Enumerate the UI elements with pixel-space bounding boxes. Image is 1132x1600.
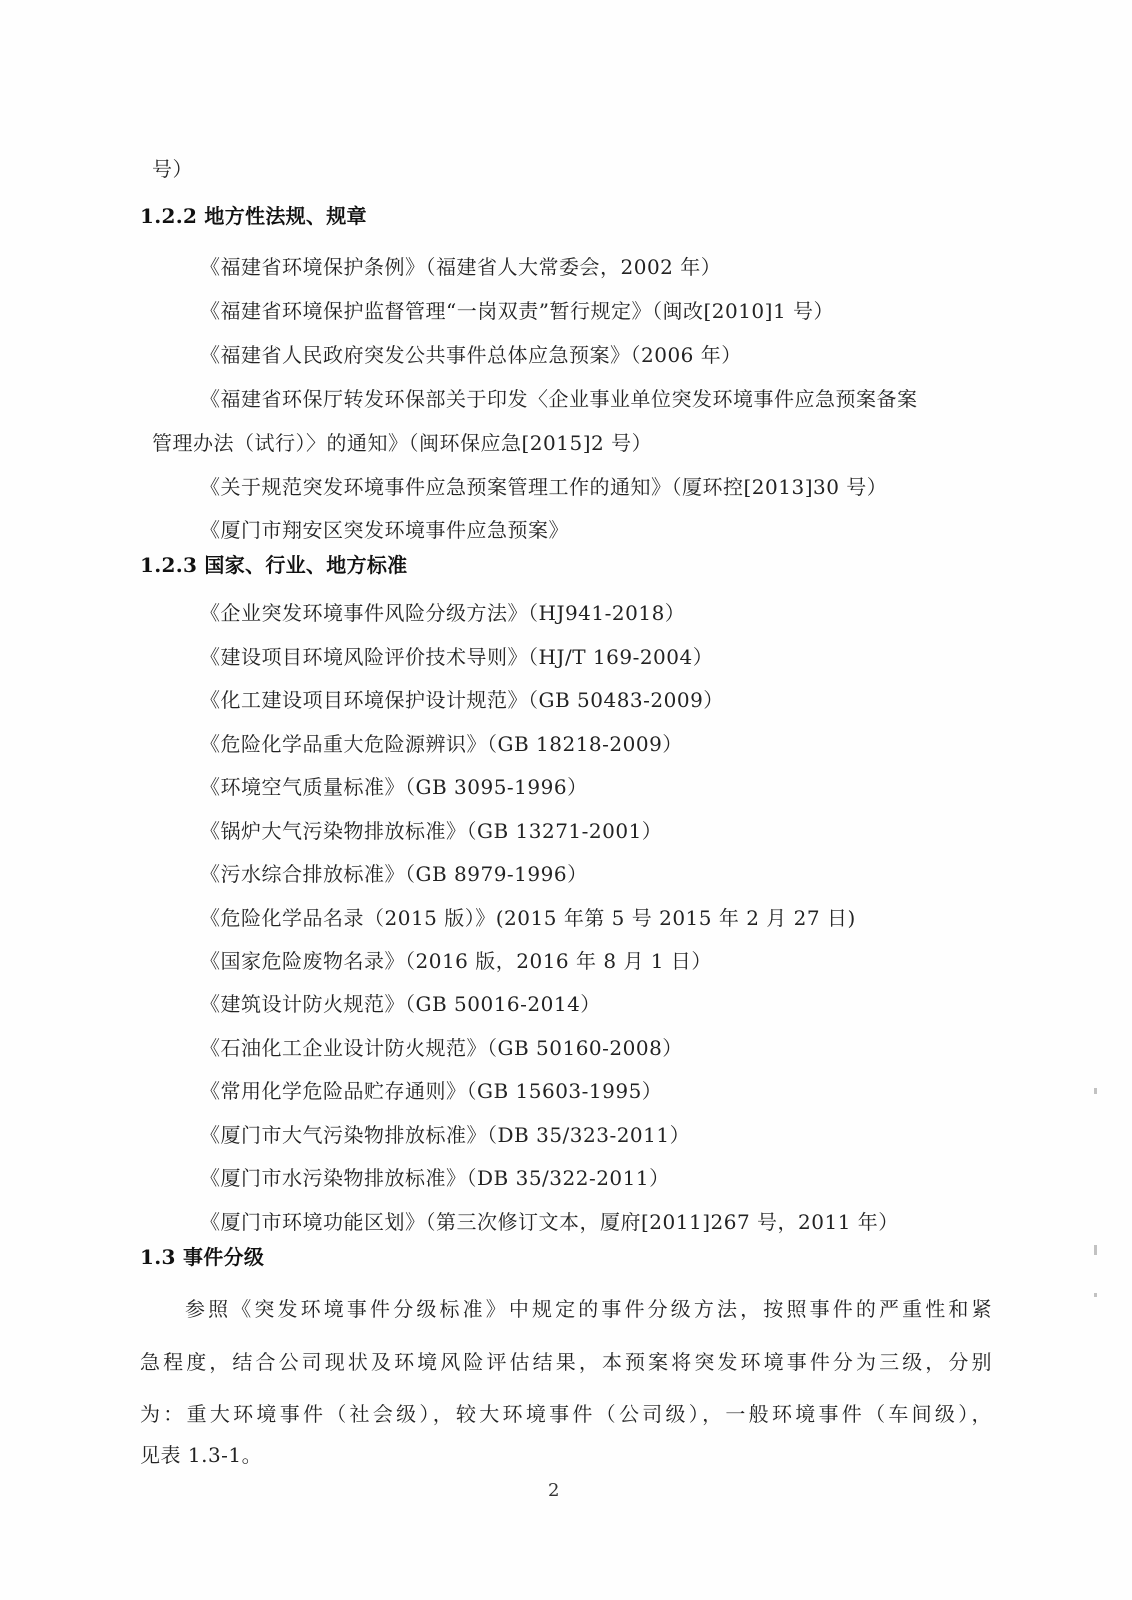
standard-item: 《危险化学品名录（2015 版）》(2015 年第 5 号 2015 年 2 月… <box>200 904 856 932</box>
paragraph-line: 为：重大环境事件（社会级），较大环境事件（公司级），一般环境事件（车间级）， <box>140 1400 992 1428</box>
standard-item: 《环境空气质量标准》（GB 3095-1996） <box>200 773 588 801</box>
paragraph-line: 见表 1.3-1。 <box>140 1441 992 1469</box>
standard-item: 《污水综合排放标准》（GB 8979-1996） <box>200 860 588 888</box>
section-heading-1-2-2: 1.2.2 地方性法规、规章 <box>140 202 367 230</box>
standard-item: 《锅炉大气污染物排放标准》（GB 13271-2001） <box>200 817 662 845</box>
standard-item: 《石油化工企业设计防火规范》（GB 50160-2008） <box>200 1034 683 1062</box>
continuation-text: 号） <box>152 155 193 183</box>
regulation-item: 《厦门市翔安区突发环境事件应急预案》 <box>200 516 569 544</box>
paragraph-line: 参照《突发环境事件分级标准》中规定的事件分级方法，按照事件的严重性和紧 <box>185 1295 992 1323</box>
standard-item: 《厦门市大气污染物排放标准》（DB 35/323-2011） <box>200 1121 690 1149</box>
regulation-item: 《福建省环境保护监督管理“一岗双责”暂行规定》（闽改[2010]1 号） <box>200 297 834 325</box>
standard-item: 《企业突发环境事件风险分级方法》（HJ941-2018） <box>200 599 685 627</box>
standard-item: 《危险化学品重大危险源辨识》（GB 18218-2009） <box>200 730 683 758</box>
standard-item: 《建筑设计防火规范》（GB 50016-2014） <box>200 990 601 1018</box>
scan-artifact <box>1094 1245 1097 1255</box>
standard-item: 《厦门市环境功能区划》（第三次修订文本，厦府[2011]267 号，2011 年… <box>200 1208 899 1236</box>
regulation-item: 《福建省环保厅转发环保部关于印发〈企业事业单位突发环境事件应急预案备案 <box>200 385 918 413</box>
section-heading-1-3: 1.3 事件分级 <box>140 1243 264 1271</box>
scan-artifact <box>1094 1293 1097 1297</box>
standard-item: 《厦门市水污染物排放标准》（DB 35/322-2011） <box>200 1164 670 1192</box>
page-number: 2 <box>548 1480 559 1501</box>
document-page: 号） 1.2.2 地方性法规、规章 《福建省环境保护条例》（福建省人大常委会，2… <box>0 0 1132 1600</box>
standard-item: 《国家危险废物名录》（2016 版，2016 年 8 月 1 日） <box>200 947 712 975</box>
regulation-item: 《关于规范突发环境事件应急预案管理工作的通知》（厦环控[2013]30 号） <box>200 473 887 501</box>
regulation-item-continuation: 管理办法（试行）〉的通知》（闽环保应急[2015]2 号） <box>152 429 652 457</box>
section-heading-1-2-3: 1.2.3 国家、行业、地方标准 <box>140 551 407 579</box>
regulation-item: 《福建省环境保护条例》（福建省人大常委会，2002 年） <box>200 253 721 281</box>
scan-artifact <box>1094 1088 1097 1094</box>
regulation-item: 《福建省人民政府突发公共事件总体应急预案》（2006 年） <box>200 341 742 369</box>
paragraph-line: 急程度，结合公司现状及环境风险评估结果，本预案将突发环境事件分为三级，分别 <box>140 1348 992 1376</box>
standard-item: 《化工建设项目环境保护设计规范》（GB 50483-2009） <box>200 686 724 714</box>
standard-item: 《常用化学危险品贮存通则》（GB 15603-1995） <box>200 1077 662 1105</box>
standard-item: 《建设项目环境风险评价技术导则》（HJ/T 169-2004） <box>200 643 713 671</box>
